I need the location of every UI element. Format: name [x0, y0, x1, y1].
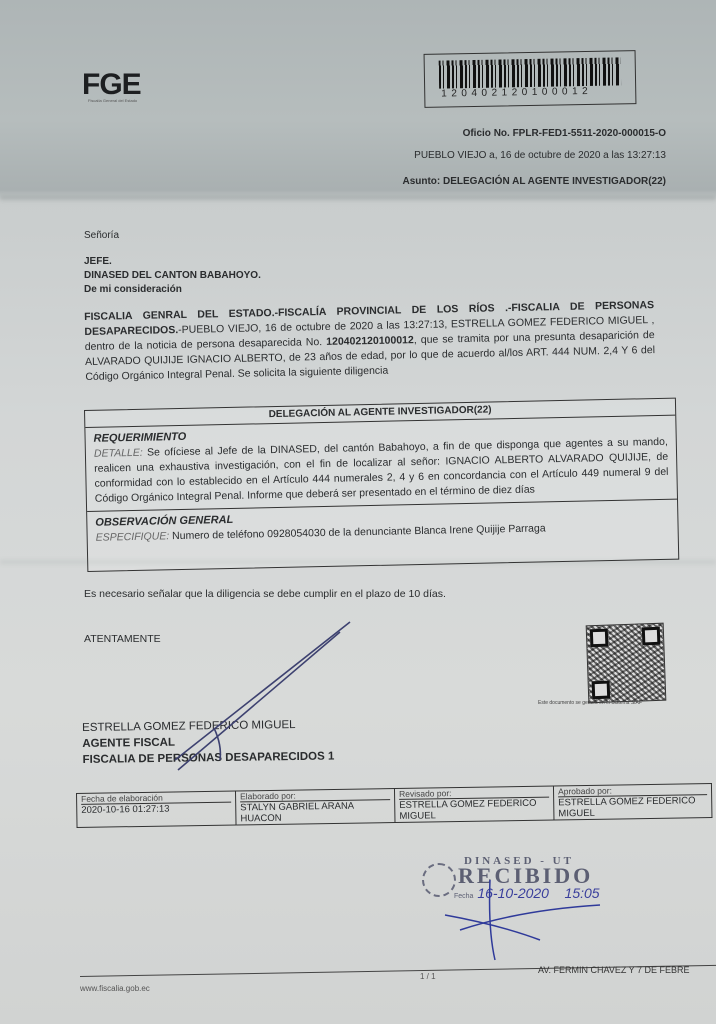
qr-caption: Este documento se generó en el Sistema S…: [538, 700, 642, 706]
qr-finder: [642, 627, 661, 646]
delegation-box: DELEGACIÓN AL AGENTE INVESTIGADOR(22) RE…: [84, 398, 679, 572]
logo-subtitle: Fiscalía General del Estado: [88, 98, 137, 103]
specify-label: ESPECIFIQUE:: [96, 530, 170, 544]
asunto: Asunto: DELEGACIÓN AL AGENTE INVESTIGADO…: [402, 176, 666, 187]
paper-fold: [0, 196, 716, 200]
approval-table: Fecha de elaboración2020-10-16 01:27:13 …: [76, 783, 712, 828]
barcode-bars: [439, 57, 621, 88]
cell-value: 2020-10-16 01:27:13: [81, 804, 169, 816]
website: www.fiscalia.gob.ec: [80, 984, 150, 993]
cell-value: ESTRELLA GOMEZ FEDERICO MIGUEL: [558, 795, 695, 819]
addressee-office: DINASED DEL CANTON BABAHOYO.: [84, 270, 261, 281]
detail-text: Se ofíciese al Jefe de la DINASED, del c…: [94, 436, 668, 505]
approval-cell: Revisado por:ESTRELLA GOMEZ FEDERICO MIG…: [394, 786, 554, 822]
barcode: 120402120100012: [424, 50, 637, 108]
address: AV. FERMIN CHAVEZ Y 7 DE FEBRE: [538, 965, 690, 975]
received-stamp: DINASED - UT RECIBIDO Fecha 16-10-2020 1…: [418, 855, 600, 901]
stamp-time: 15:05: [565, 885, 600, 901]
signature-block: ESTRELLA GOMEZ FEDERICO MIGUEL AGENTE FI…: [82, 716, 334, 768]
addressee-title: JEFE.: [84, 256, 112, 267]
place-date: PUEBLO VIEJO a, 16 de octubre de 2020 a …: [414, 150, 666, 161]
page-number: 1 / 1: [420, 972, 436, 981]
signer-unit: FISCALIA DE PERSONAS DESAPARECIDOS 1: [82, 748, 334, 768]
seal-icon: [422, 863, 456, 897]
body-paragraph: FISCALIA GENRAL DEL ESTADO.-FISCALÍA PRO…: [84, 298, 655, 385]
barcode-digits: 120402120100012: [441, 86, 592, 100]
qr-finder: [590, 629, 609, 648]
requirement-section: REQUERIMIENTO DETALLE: Se ofíciese al Je…: [85, 416, 677, 511]
requirement-detail: DETALLE: Se ofíciese al Jefe de la DINAS…: [94, 435, 669, 507]
qr-finder: [592, 681, 611, 700]
approval-cell: Aprobado por:ESTRELLA GOMEZ FEDERICO MIG…: [553, 784, 712, 820]
regards: ATENTAMENTE: [84, 633, 161, 645]
deadline-note: Es necesario señalar que la diligencia s…: [84, 588, 446, 600]
cell-value: ESTRELLA GOMEZ FEDERICO MIGUEL: [399, 798, 536, 822]
stamp-date-label: Fecha: [454, 893, 473, 900]
salutation: Señoría: [84, 230, 119, 241]
cell-value: STALYN GABRIEL ARANA HUACON: [240, 801, 354, 825]
approval-cell: Elaborado por:STALYN GABRIEL ARANA HUACO…: [235, 788, 395, 824]
stamp-date-line: Fecha 16-10-2020 15:05: [454, 885, 600, 901]
qr-code: [586, 623, 667, 704]
approval-cell: Fecha de elaboración2020-10-16 01:27:13: [77, 791, 237, 827]
oficio-number: Oficio No. FPLR-FED1-5511-2020-000015-O: [463, 128, 666, 139]
greeting: De mi consideración: [84, 284, 182, 295]
fge-logo: FGE: [82, 68, 141, 102]
case-number: 120402120100012: [326, 334, 414, 348]
detail-label: DETALLE:: [94, 447, 143, 460]
stamp-date: 16-10-2020: [477, 885, 549, 901]
